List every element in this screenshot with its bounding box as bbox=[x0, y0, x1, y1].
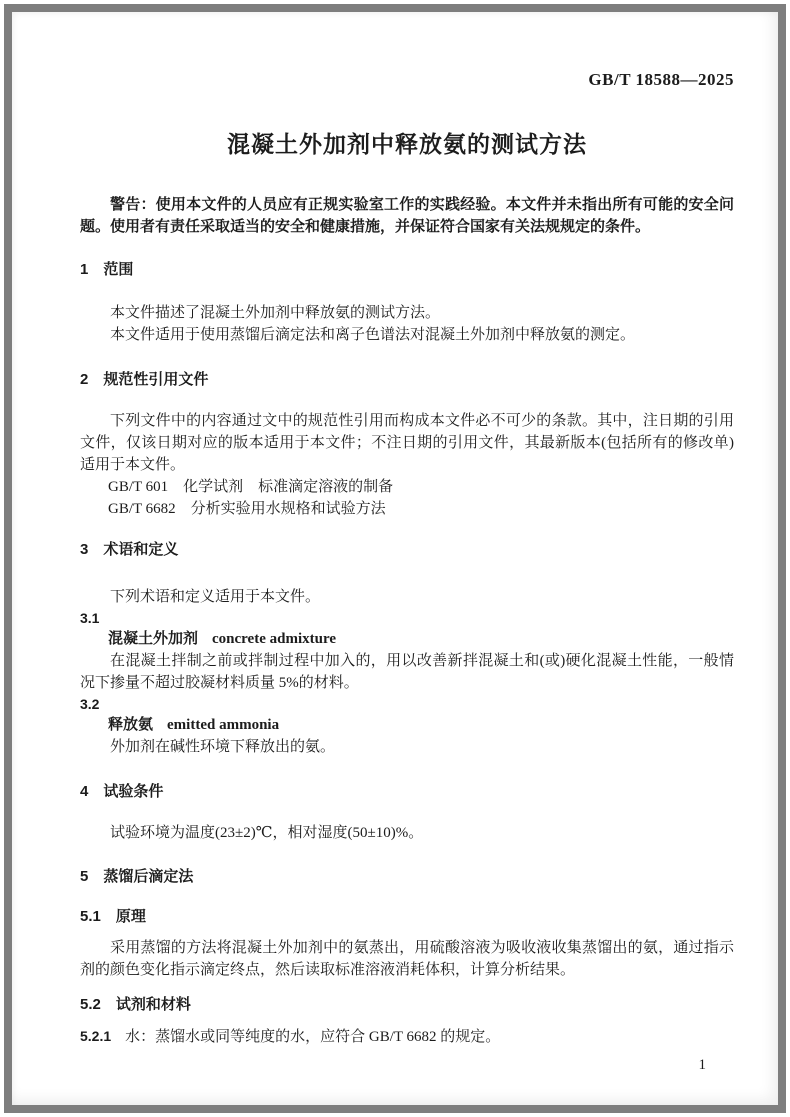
term-3-2-number: 3.2 bbox=[80, 694, 734, 714]
term-3-2-cn: 释放氨 bbox=[108, 716, 153, 733]
term-3-2-en: emitted ammonia bbox=[167, 717, 279, 733]
section-5-heading: 5 蒸馏后滴定法 bbox=[80, 867, 734, 887]
section-5-1-paragraph-1: 采用蒸馏的方法将混凝土外加剂中的氨蒸出，用硫酸溶液为吸收液收集蒸馏出的氨，通过指… bbox=[80, 937, 734, 981]
warning-paragraph: 警告：使用本文件的人员应有正规实验室工作的实践经验。本文件并未指出所有可能的安全… bbox=[80, 194, 734, 238]
section-1-paragraph-1: 本文件描述了混凝土外加剂中释放氨的测试方法。 bbox=[80, 302, 734, 324]
section-2-paragraph-1: 下列文件中的内容通过文中的规范性引用而构成本文件必不可少的条款。其中，注日期的引… bbox=[80, 410, 734, 476]
section-4-paragraph-1: 试验环境为温度(23±2)℃，相对湿度(50±10)%。 bbox=[80, 822, 734, 844]
section-4-heading: 4 试验条件 bbox=[80, 782, 734, 802]
document-title: 混凝土外加剂中释放氨的测试方法 bbox=[80, 129, 734, 159]
section-1-paragraph-2: 本文件适用于使用蒸馏后滴定法和离子色谱法对混凝土外加剂中释放氨的测定。 bbox=[80, 324, 734, 346]
term-3-1-definition: 在混凝土拌制之前或拌制过程中加入的，用以改善新拌混凝土和(或)硬化混凝土性能，一… bbox=[80, 650, 734, 694]
section-5-2-heading: 5.2 试剂和材料 bbox=[80, 995, 734, 1015]
standard-code: GB/T 18588—2025 bbox=[80, 69, 734, 91]
page-content: GB/T 18588—2025 混凝土外加剂中释放氨的测试方法 警告：使用本文件… bbox=[80, 24, 734, 1076]
term-3-1-title: 混凝土外加剂concrete admixture bbox=[80, 628, 734, 650]
term-3-1-cn: 混凝土外加剂 bbox=[108, 630, 198, 647]
term-3-1-en: concrete admixture bbox=[212, 631, 336, 647]
scanned-page: GB/T 18588—2025 混凝土外加剂中释放氨的测试方法 警告：使用本文件… bbox=[0, 0, 790, 1117]
term-3-1-number: 3.1 bbox=[80, 608, 734, 628]
clause-5-2-1-text: 水：蒸馏水或同等纯度的水，应符合 GB/T 6682 的规定。 bbox=[125, 1029, 500, 1045]
section-3-heading: 3 术语和定义 bbox=[80, 540, 734, 560]
normative-reference-2: GB/T 6682 分析实验用水规格和试验方法 bbox=[80, 498, 734, 520]
section-3-intro: 下列术语和定义适用于本文件。 bbox=[80, 586, 734, 608]
clause-5-2-1-number: 5.2.1 bbox=[80, 1028, 111, 1044]
section-2-heading: 2 规范性引用文件 bbox=[80, 370, 734, 390]
scan-frame-border: GB/T 18588—2025 混凝土外加剂中释放氨的测试方法 警告：使用本文件… bbox=[4, 4, 786, 1113]
normative-reference-1: GB/T 601 化学试剂 标准滴定溶液的制备 bbox=[80, 476, 734, 498]
term-3-2-definition: 外加剂在碱性环境下释放出的氨。 bbox=[80, 736, 734, 758]
section-5-1-heading: 5.1 原理 bbox=[80, 907, 734, 927]
section-1-heading: 1 范围 bbox=[80, 260, 734, 280]
page-number: 1 bbox=[80, 1054, 734, 1076]
clause-5-2-1: 5.2.1水：蒸馏水或同等纯度的水，应符合 GB/T 6682 的规定。 bbox=[80, 1025, 734, 1048]
term-3-2-title: 释放氨emitted ammonia bbox=[80, 714, 734, 736]
